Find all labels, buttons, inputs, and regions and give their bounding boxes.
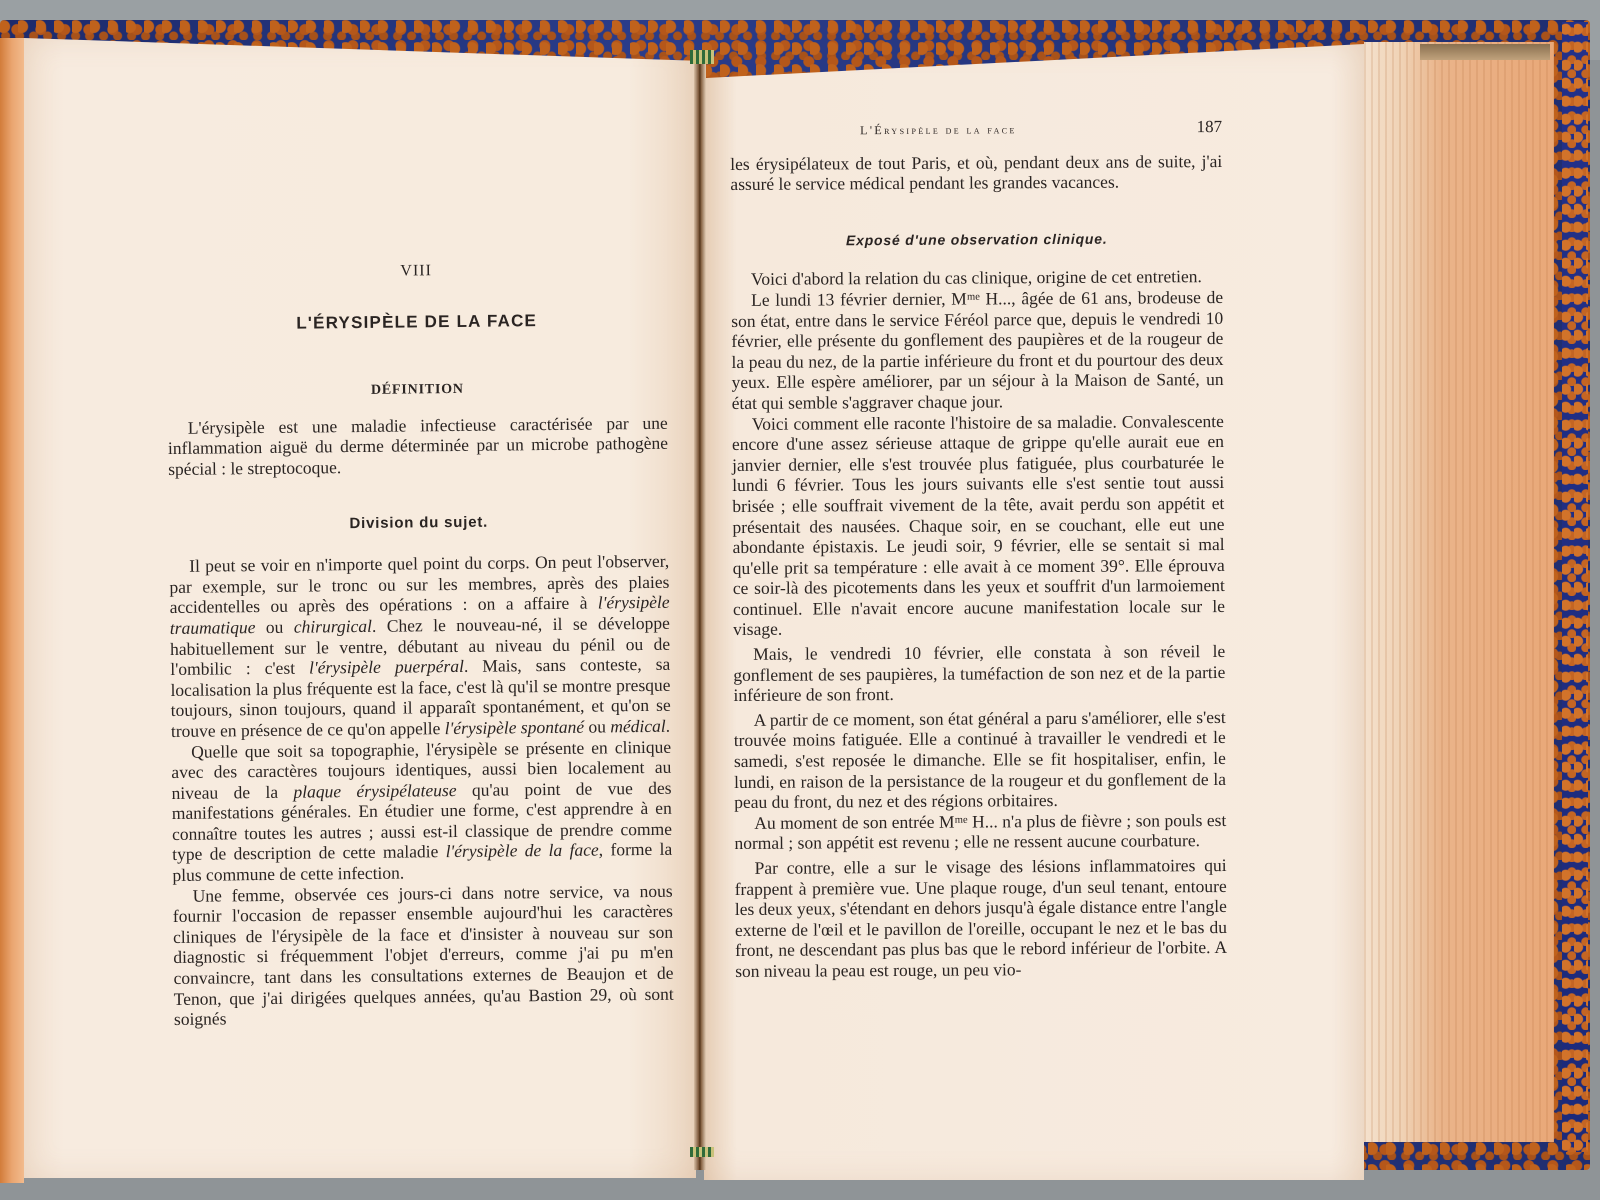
- subheading-division: Division du sujet.: [169, 510, 669, 536]
- running-header: L'Érysipèle de la face 187: [730, 117, 1222, 142]
- subheading-observation: Exposé d'une observation clinique.: [731, 228, 1223, 252]
- paragraph-une-femme: Une femme, observée ces jours-ci dans no…: [173, 880, 674, 1029]
- page-number: 187: [1196, 117, 1222, 138]
- paragraph-lesions: Par contre, elle a sur le visage des lés…: [735, 855, 1228, 982]
- paragraph-entree: Au moment de son entrée Mᵐᵉ H... n'a plu…: [734, 810, 1226, 854]
- headband-top-icon: [690, 50, 714, 64]
- paragraph-vendredi: Mais, le vendredi 10 février, elle const…: [733, 641, 1225, 706]
- page-block-top-shadow: [1420, 44, 1550, 60]
- book-cover-right-edge: [1562, 22, 1588, 1152]
- headband-bottom-icon: [690, 1147, 714, 1157]
- paragraph-histoire: Voici comment elle raconte l'histoire de…: [732, 411, 1225, 641]
- chapter-number: VIII: [166, 259, 666, 285]
- definition-paragraph: L'érysipèle est une maladie infectieuse …: [168, 413, 669, 480]
- paragraph-amelioration: A partir de ce moment, son état général …: [734, 707, 1227, 813]
- right-page-text: L'Érysipèle de la face 187 les érysipéla…: [730, 117, 1227, 982]
- continuation-paragraph: les érysipélateux de tout Paris, et où, …: [730, 151, 1222, 195]
- left-page-text: VIII L'ÉRYSIPÈLE DE LA FACE DÉFINITION L…: [166, 255, 674, 1030]
- paragraph-topographie: Quelle que soit sa topographie, l'érysip…: [171, 736, 672, 885]
- paragraph-localisation: Il peut se voir en n'importe quel point …: [169, 551, 671, 742]
- right-page-block-edge: [1364, 42, 1554, 1142]
- running-title: L'Érysipèle de la face: [860, 119, 1017, 141]
- chapter-title: L'ÉRYSIPÈLE DE LA FACE: [167, 309, 667, 335]
- section-heading: DÉFINITION: [167, 378, 667, 404]
- book-gutter: [694, 50, 706, 1170]
- paragraph-admission: Le lundi 13 février dernier, Mᵐᵉ H..., â…: [731, 287, 1224, 414]
- left-page-block-edge: [0, 38, 24, 1183]
